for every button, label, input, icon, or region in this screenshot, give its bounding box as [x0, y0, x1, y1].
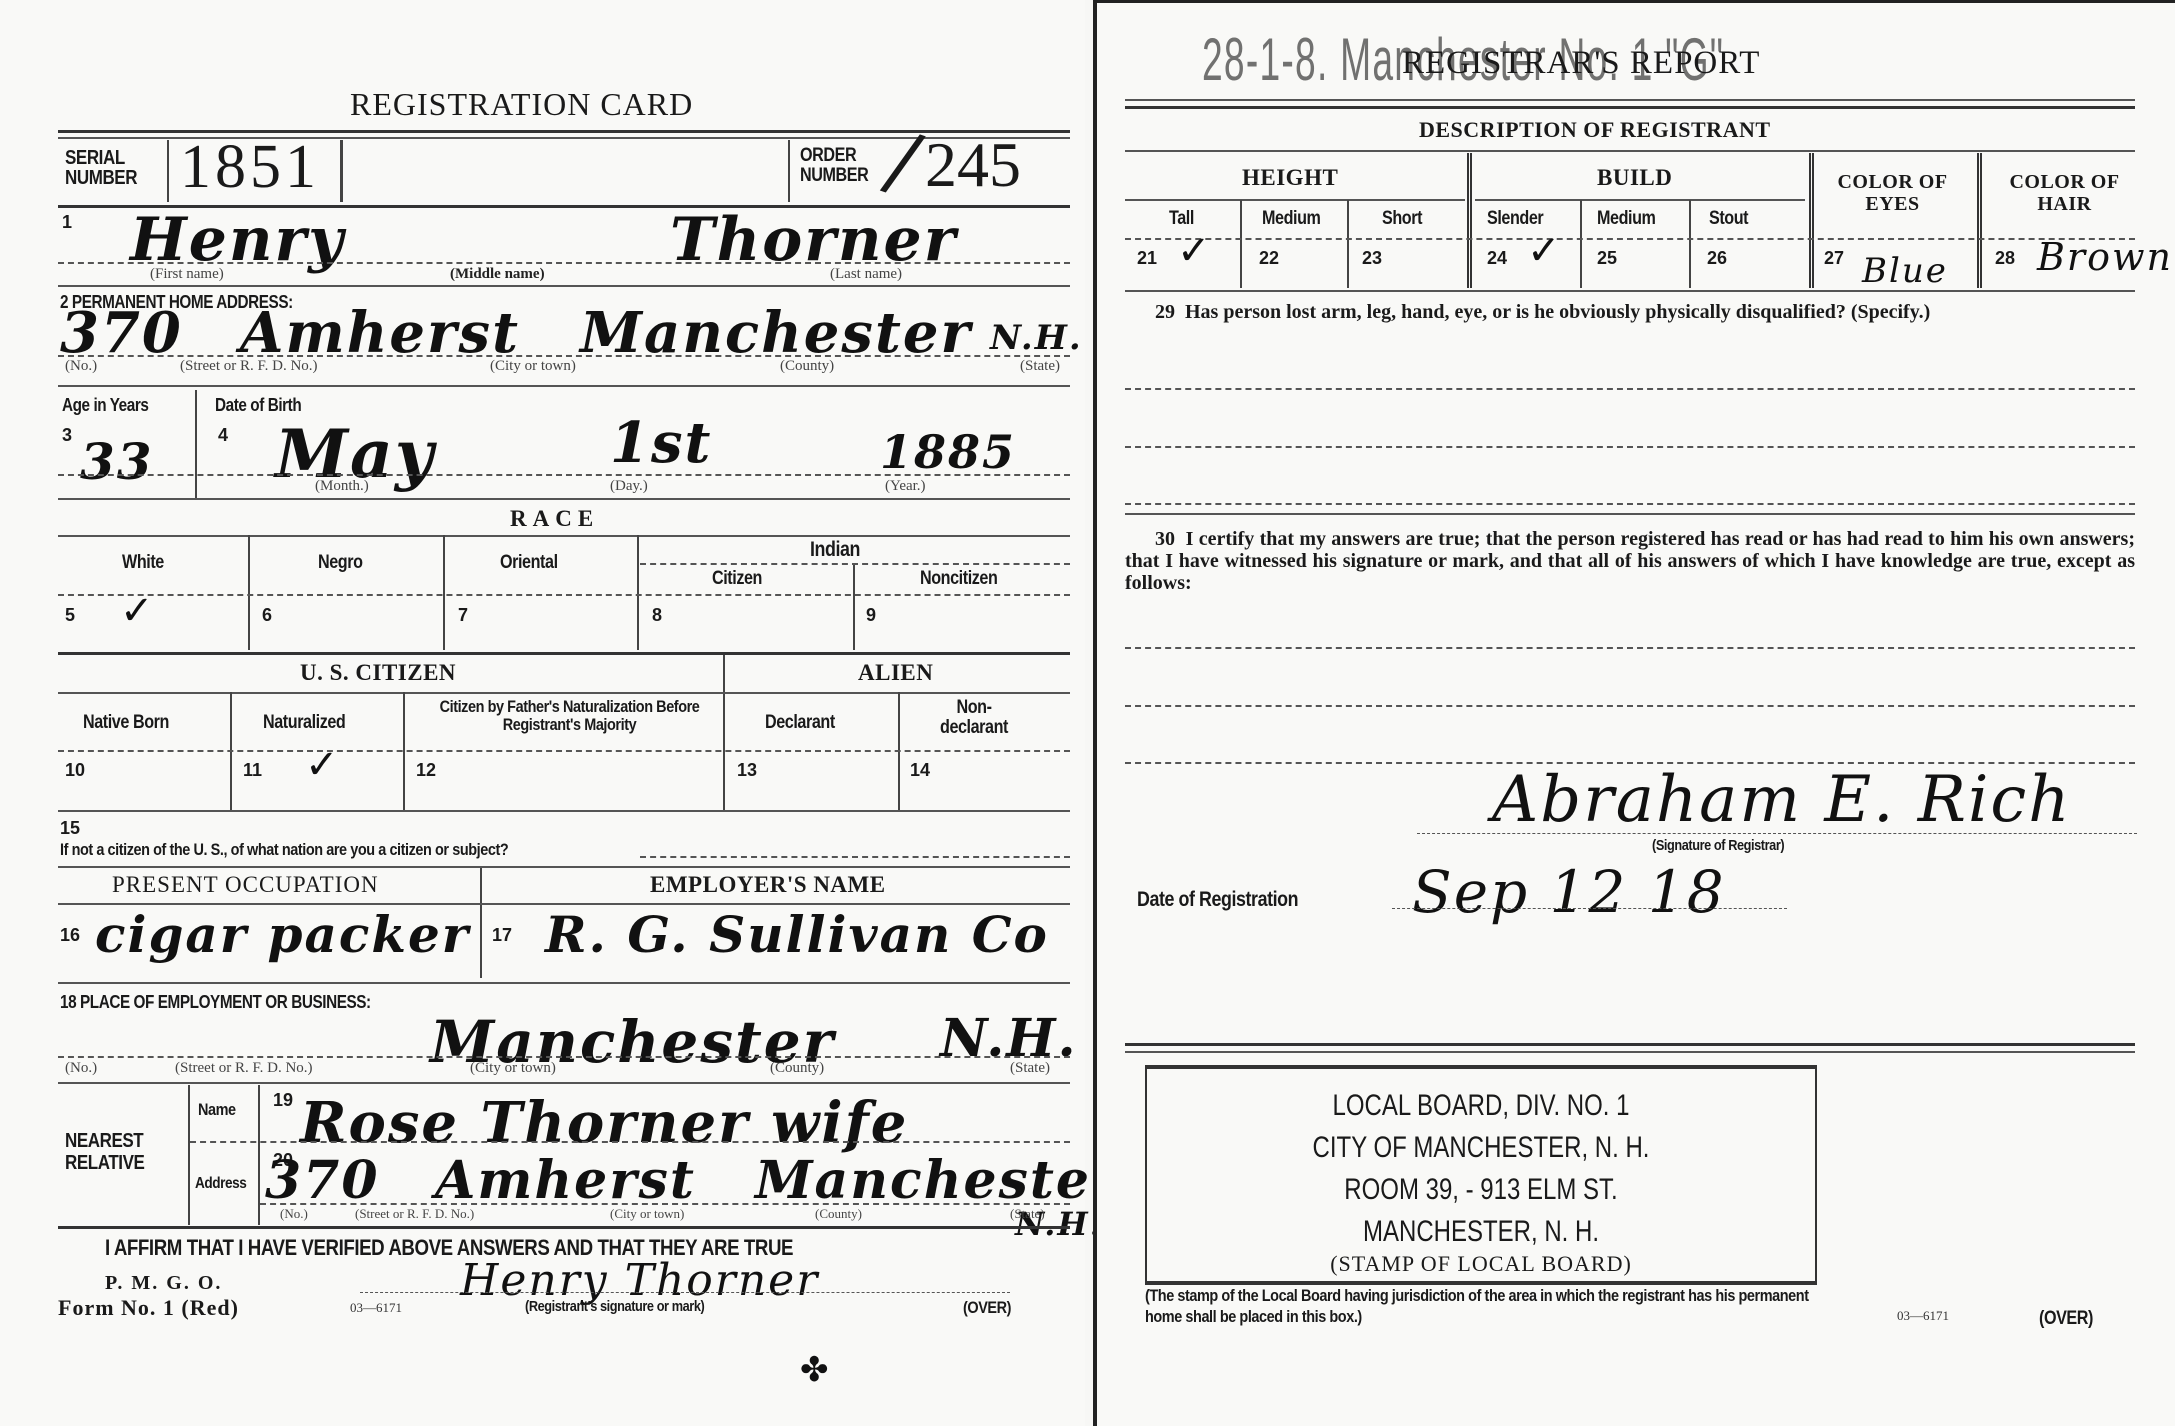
employment-state: N.H. [940, 1008, 1078, 1069]
card-title: REGISTRATION CARD [350, 86, 693, 123]
registrar-signature: Abraham E. Rich [1492, 763, 2071, 837]
relative-name: Rose Thorner wife [300, 1090, 908, 1156]
alien-heading: ALIEN [858, 660, 933, 686]
report-title: REGISTRAR'S REPORT [1402, 45, 1760, 82]
serial-number-label: SERIAL NUMBER [65, 148, 142, 188]
relative-address-no: 370 [265, 1150, 380, 1211]
last-name: Thorner [670, 205, 957, 275]
nearest-relative-label: NEAREST RELATIVE [65, 1130, 159, 1174]
us-citizen-heading: U. S. CITIZEN [300, 660, 456, 686]
disqualification-question: 29 Has person lost arm, leg, hand, eye, … [1125, 301, 2135, 323]
white-checkmark: ✓ [120, 588, 154, 634]
occupation: cigar packer [95, 905, 470, 964]
age: 33 [80, 432, 154, 491]
stamp-note: (The stamp of the Local Board having jur… [1145, 1285, 1825, 1327]
birth-day: 1st [610, 410, 712, 476]
description-heading: DESCRIPTION OF REGISTRANT [1419, 117, 1771, 143]
certification-statement: 30 I certify that my answers are true; t… [1125, 528, 2135, 594]
serial-number: 1851 [180, 132, 320, 203]
registration-card: REGISTRATION CARD SERIAL NUMBER 1851 ORD… [0, 0, 1085, 1426]
eye-color: Blue [1862, 251, 1948, 291]
home-address-state: N.H. [990, 318, 1083, 358]
hair-color: Brown [2037, 235, 2173, 279]
order-number: 245 [925, 128, 1021, 202]
relative-address-street: Amherst [435, 1150, 696, 1211]
first-name: Henry [130, 205, 345, 275]
date-of-registration: Sep 12 18 [1412, 858, 1726, 926]
employment-place-label: 18 PLACE OF EMPLOYMENT OR BUSINESS: [60, 992, 371, 1013]
local-board-stamp-box: LOCAL BOARD, DIV. NO. 1 CITY OF MANCHEST… [1145, 1065, 1817, 1285]
birth-year: 1885 [880, 425, 1016, 479]
tall-checkmark: ✓ [1177, 228, 1211, 274]
race-heading: RACE [510, 506, 599, 532]
registrars-report: 28-1-8. Manchester No. 1 "G" REGISTRAR'S… [1093, 0, 2175, 1426]
nationality-question: If not a citizen of the U. S., of what n… [60, 840, 508, 860]
slender-checkmark: ✓ [1527, 228, 1561, 274]
relative-address-city: Manchester [755, 1150, 1120, 1211]
employer: R. G. Sullivan Co [545, 905, 1049, 964]
ink-blot: ✤ [800, 1350, 829, 1390]
order-number-label: ORDER NUMBER [800, 146, 877, 186]
date-of-registration-label: Date of Registration [1137, 888, 1298, 912]
naturalized-checkmark: ✓ [305, 742, 339, 788]
